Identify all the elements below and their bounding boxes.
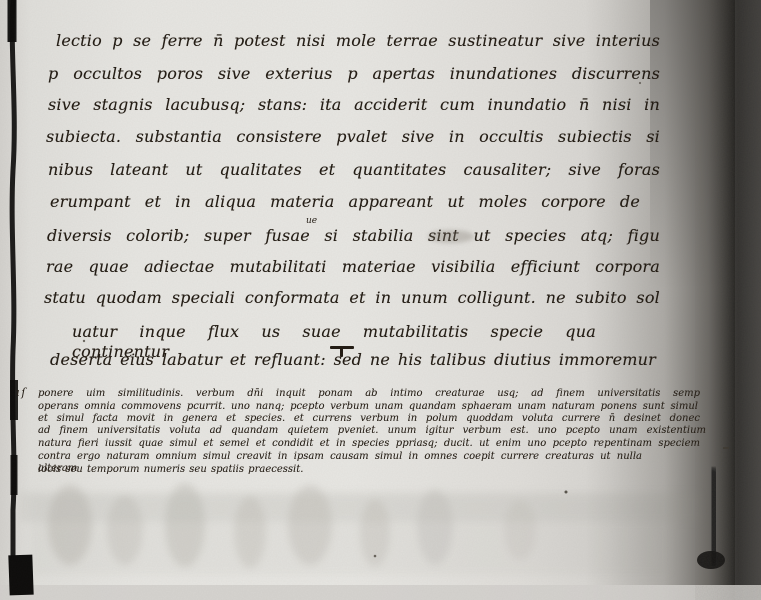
manuscript-line: lectio p se ferre n̄ potest nisi mole te…	[56, 31, 660, 51]
interlinear-addition: ue	[306, 216, 317, 226]
gloss-line: ad finem universitatis voluta ad quandam…	[38, 425, 706, 437]
manuscript-line: diversis colorib; super fusae si stabili…	[47, 226, 660, 246]
gloss-line: operans omnia commovens pcurrit. uno nan…	[38, 401, 698, 413]
gloss-line: ponere uim similitudinis. verbum dn̄i in…	[38, 388, 700, 400]
gloss-line: et simul facta movit in genera et specie…	[38, 413, 700, 425]
manuscript-line: subiecta. substantia consistere pvalet s…	[46, 127, 660, 147]
margin-siglum: ɩſ	[16, 386, 26, 399]
manuscript-line: statu quodam speciali conformata et in u…	[44, 288, 660, 308]
insertion-mark-stem	[340, 348, 343, 357]
text-layer: lectio p se ferre n̄ potest nisi mole te…	[0, 0, 761, 600]
manuscript-line: nibus lateant ut qualitates et quantitat…	[48, 160, 660, 180]
gloss-line: natura fieri iussit quae simul et semel …	[38, 438, 700, 450]
gloss-line: locis seu temporum numeris seu spatiis p…	[38, 464, 378, 476]
manuscript-line: sive stagnis lacubusq; stans: ita accide…	[48, 95, 660, 115]
erasure-smudge	[428, 230, 474, 243]
manuscript-line: rae quae adiectae mutabilitati materiae …	[46, 257, 660, 277]
manuscript-page: lectio p se ferre n̄ potest nisi mole te…	[0, 0, 761, 600]
manuscript-line: p occultos poros sive exterius p apertas…	[48, 64, 660, 84]
manuscript-line: erumpant et in aliqua materia appareant …	[50, 192, 640, 212]
insertion-mark-icon	[330, 346, 354, 358]
